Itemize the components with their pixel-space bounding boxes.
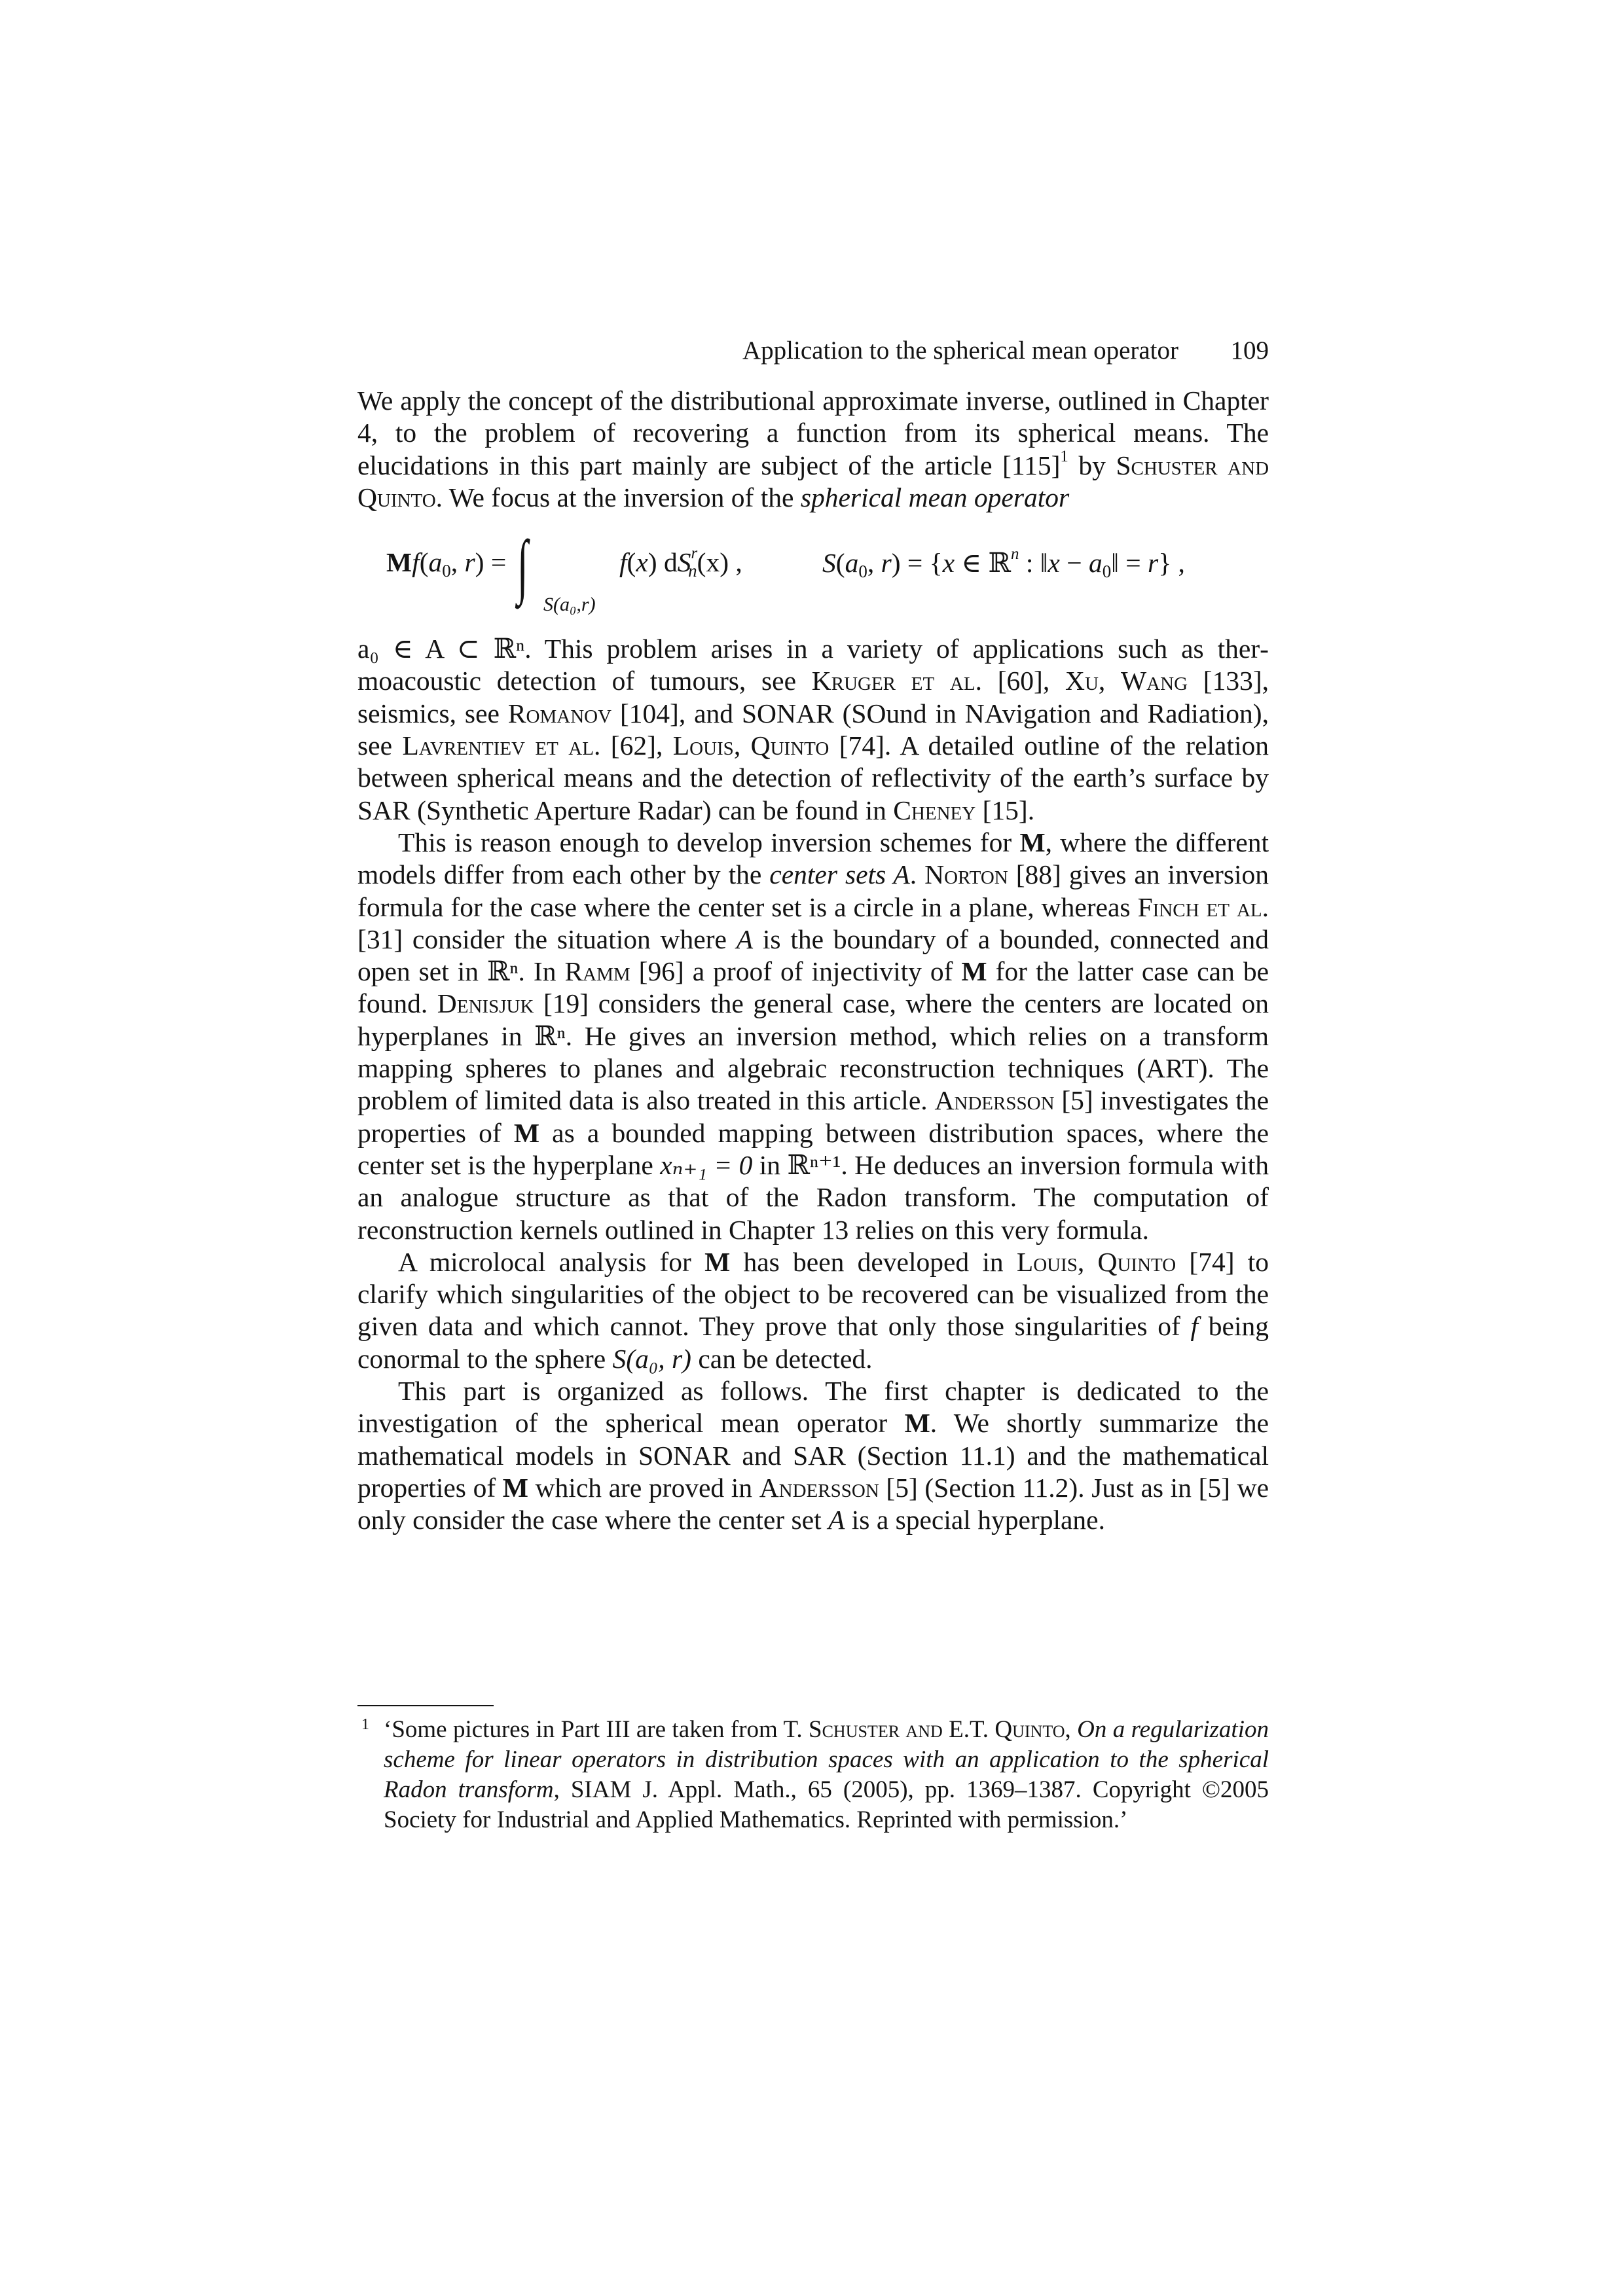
footnote-reference[interactable]: 1 [1060,448,1068,465]
author-name: Finch et al. [1138,892,1269,922]
author-name: Schuster and [809,1716,943,1743]
author-name: Andersson [934,1085,1054,1115]
integral-sign: ∫ [517,523,528,608]
paragraph-applications: a₀ ∈ A ⊂ ℝⁿ. This problem arises in a va… [357,633,1269,827]
author-name: Quinto [1098,1247,1176,1277]
equation-lhs: Mf(a0, r) = [386,547,506,579]
author-name: Xu [1065,666,1099,696]
paragraph-microlocal: A microlocal analysis for M has been dev… [357,1246,1269,1375]
author-name: Louis [1017,1247,1078,1277]
paragraph-intro: We apply the concept of the distribution… [357,385,1269,514]
author-name: Wang [1121,666,1188,696]
paragraph-organization: This part is organized as follows. The f… [357,1375,1269,1536]
footnote-text: ‘Some pictures in Part III are taken fro… [384,1715,1269,1835]
author-name: Quinto [751,730,830,761]
author-name: Ramm [564,956,630,986]
page-number: 109 [1231,331,1269,370]
emphasis: center sets A [769,859,910,889]
integral-domain: S(a₀,r) [543,588,596,620]
body-text: We apply the concept of the distribution… [357,385,1269,1537]
author-name: Norton [924,859,1008,889]
footnote-mark: 1 [361,1710,369,1740]
equation-set-definition: S(a0, r) = {x ∈ ℝn : ‖x − a0‖ = r} , [822,547,1185,579]
emphasis: spherical mean operator [801,482,1069,512]
author-name: Cheney [893,795,976,825]
author-name: Louis [673,730,734,761]
author-name: Quinto [994,1716,1065,1743]
running-head: Application to the spherical mean operat… [357,331,1269,370]
author-name: Denisjuk [437,988,534,1018]
author-name: Romanov [508,698,611,728]
author-name: Andersson [759,1473,879,1503]
paragraph-inversion-schemes: This is reason enough to develop inversi… [357,827,1269,1246]
author-name: Kruger et al. [812,666,982,696]
footnote-rule [357,1705,494,1706]
footnote: 1 ‘Some pictures in Part III are taken f… [357,1715,1269,1835]
display-equation: Mf(a0, r) = ∫ S(a₀,r) f(x) dSrn(x) , S(a… [357,523,1269,628]
running-title: Application to the spherical mean operat… [742,331,1178,370]
equation-integrand: f(x) dSrn(x) , [619,547,742,579]
author-name: Lavrentiev et al. [402,730,600,761]
